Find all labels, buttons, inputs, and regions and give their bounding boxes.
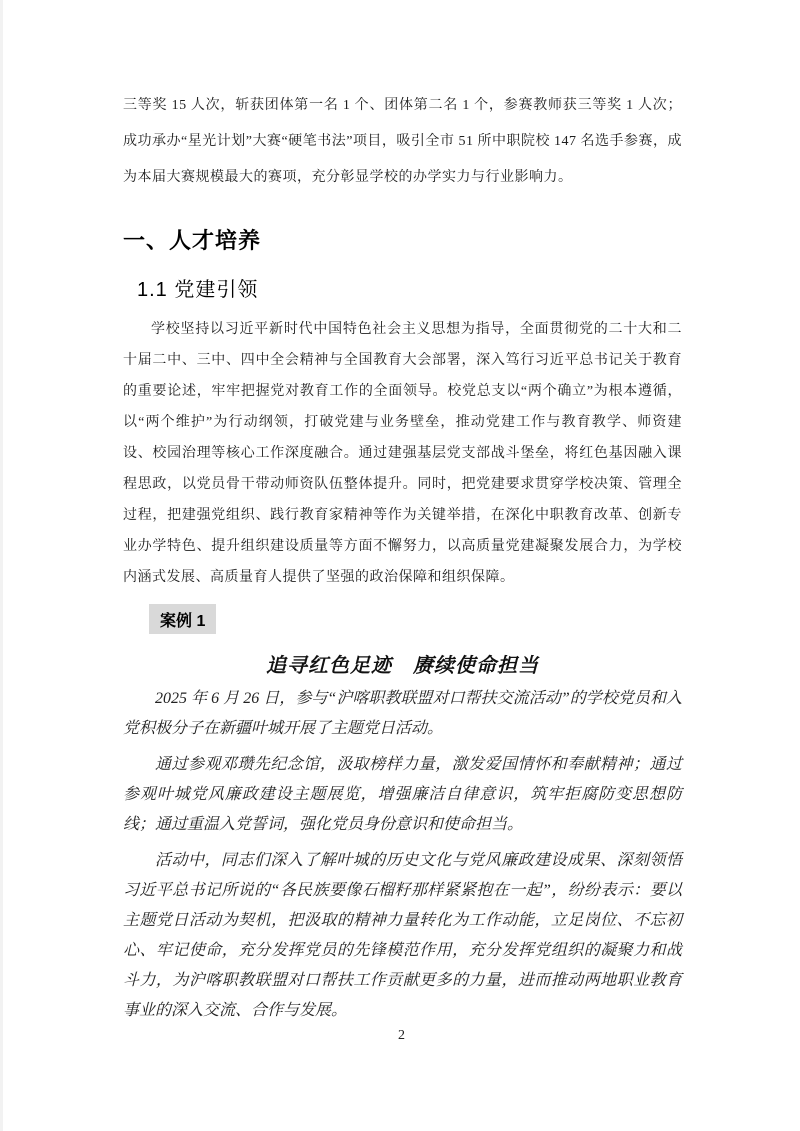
case-paragraph: 2025 年 6 月 26 日，参与“沪喀职教联盟对口帮扶交流活动”的学校党员和… (123, 684, 682, 744)
section-heading: 一、人才培养 (123, 224, 682, 255)
page-number: 2 (3, 1028, 800, 1044)
case-title: 追寻红色足迹 赓续使命担当 (123, 649, 682, 678)
subsection-heading: 1.1 党建引领 (137, 273, 682, 302)
subsection-paragraph: 学校坚持以习近平新时代中国特色社会主义思想为指导，全面贯彻党的二十大和二十届二中… (123, 314, 682, 593)
case-paragraph: 通过参观邓瓒先纪念馆，汲取榜样力量，激发爱国情怀和奉献精神；通过参观叶城党风廉政… (123, 750, 682, 840)
case-paragraph: 活动中，同志们深入了解叶城的历史文化与党风廉政建设成果、深刻领悟习近平总书记所说… (123, 846, 682, 1026)
document-page: 三等奖 15 人次，斩获团体第一名 1 个、团体第二名 1 个，参赛教师获三等奖… (0, 0, 800, 1131)
case-badge: 案例 1 (149, 604, 216, 634)
intro-paragraph: 三等奖 15 人次，斩获团体第一名 1 个、团体第二名 1 个，参赛教师获三等奖… (123, 88, 682, 196)
